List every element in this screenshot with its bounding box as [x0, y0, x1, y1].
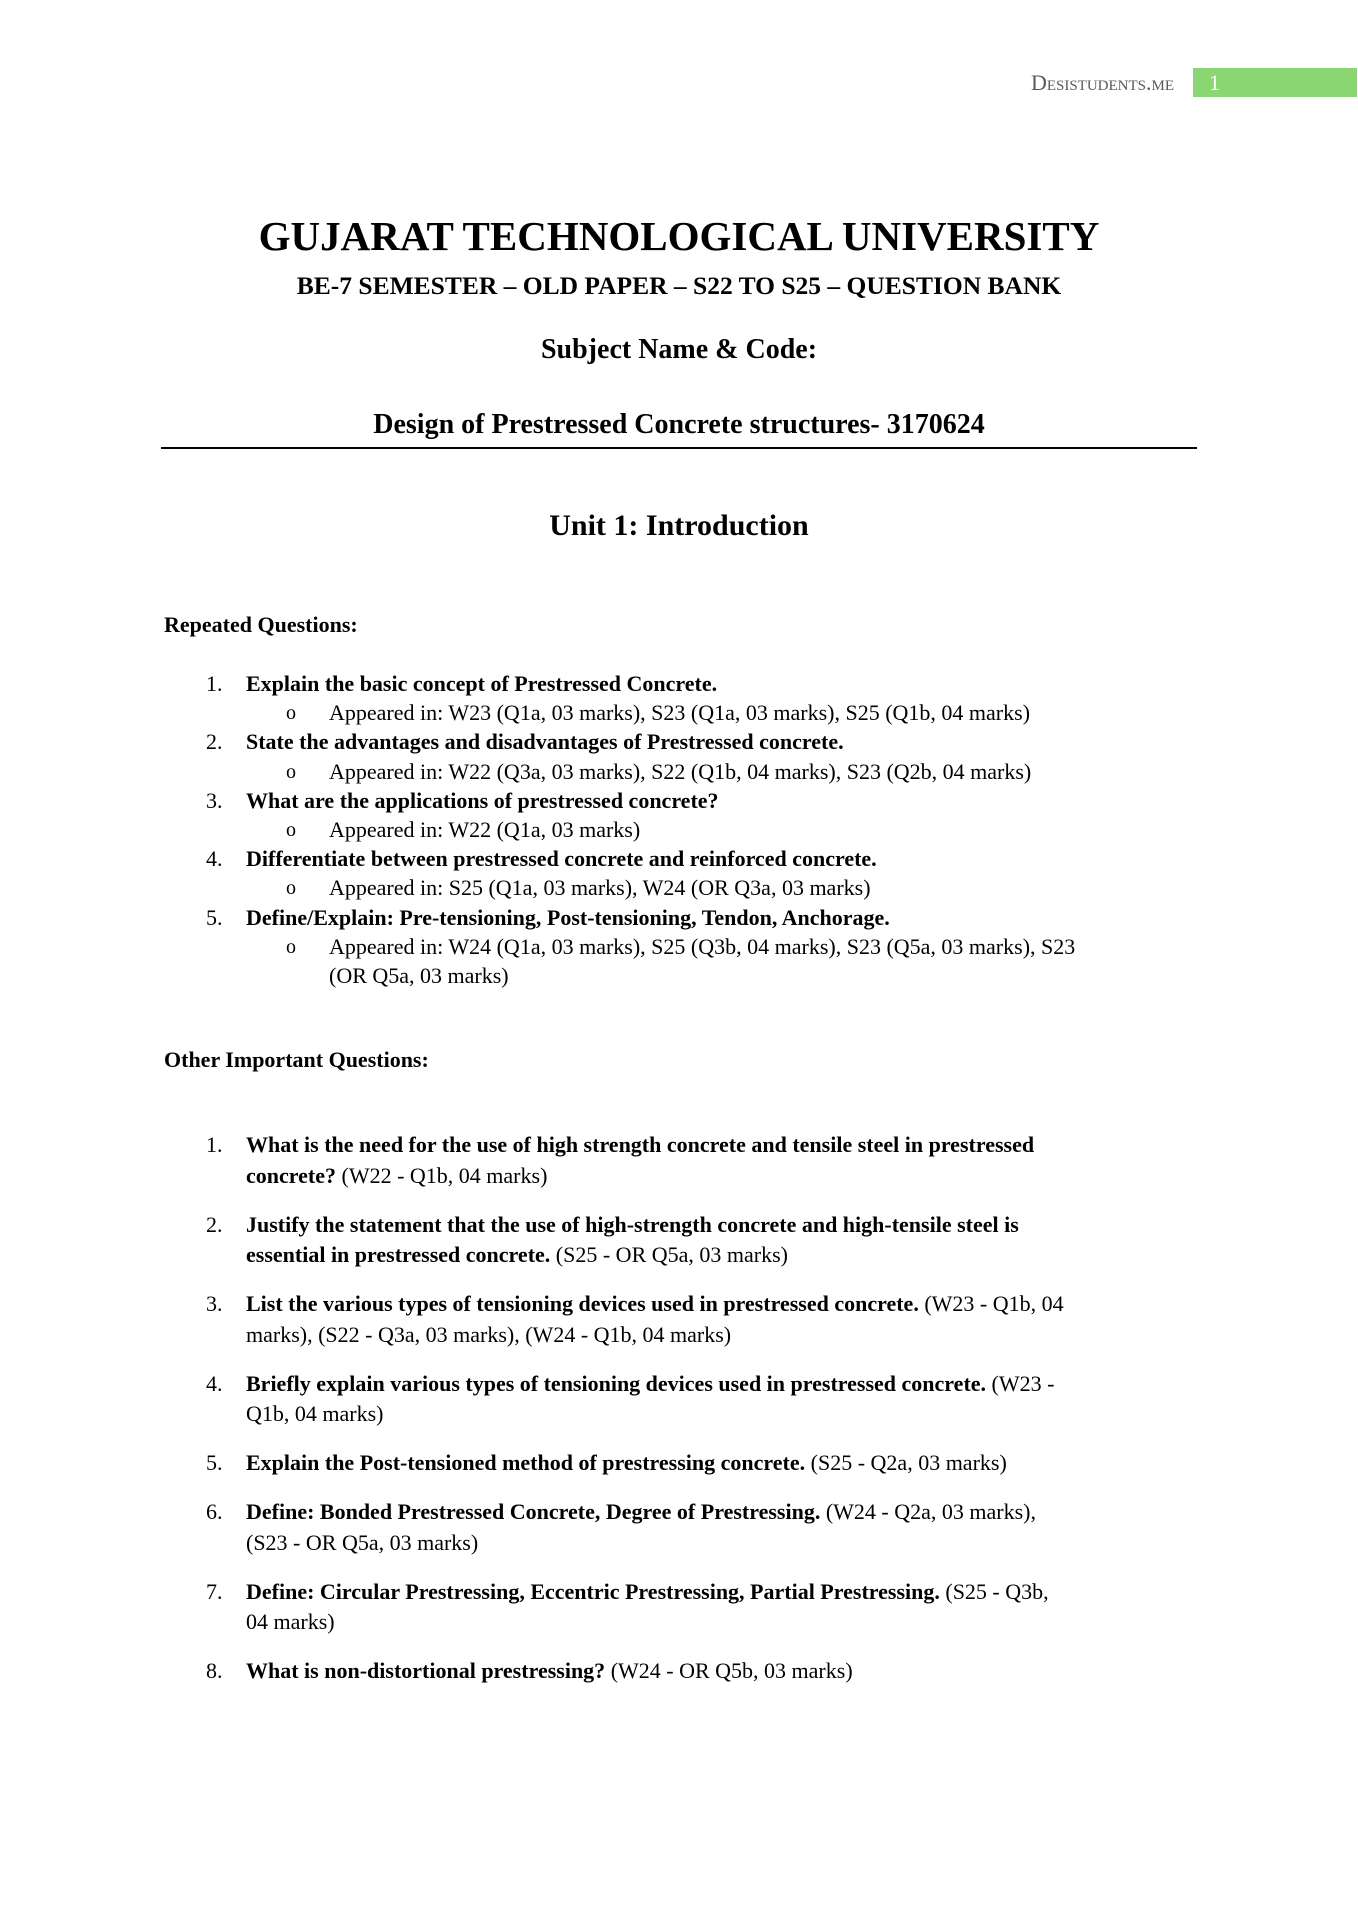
bullet-icon: o [286, 875, 296, 901]
exam-reference: (S25 - Q2a, 03 marks) [805, 1450, 1007, 1475]
question-number: 7. [206, 1579, 223, 1605]
exam-reference: Q1b, 04 marks) [246, 1401, 383, 1426]
exam-reference: (W23 - [986, 1371, 1054, 1396]
question-line: What is the need for the use of high str… [246, 1132, 1034, 1158]
page-number-badge: 1 [1193, 68, 1357, 97]
question-number: 1. [206, 671, 223, 697]
title-divider [161, 447, 1197, 449]
appeared-in-text: Appeared in: W22 (Q1a, 03 marks) [329, 817, 640, 843]
question-line: List the various types of tensioning dev… [246, 1291, 1064, 1317]
question-number: 3. [206, 788, 223, 814]
subject-name: Design of Prestressed Concrete structure… [0, 408, 1358, 442]
bullet-icon: o [286, 700, 296, 726]
question-text: Define: Bonded Prestressed Concrete, Deg… [246, 1499, 820, 1524]
page-number: 1 [1209, 69, 1220, 96]
appeared-in-text: (OR Q5a, 03 marks) [329, 963, 509, 989]
exam-reference: marks), (S22 - Q3a, 03 marks), (W24 - Q1… [246, 1322, 731, 1347]
question-line: marks), (S22 - Q3a, 03 marks), (W24 - Q1… [246, 1322, 731, 1348]
question-number: 4. [206, 1371, 223, 1397]
document-subtitle: BE-7 SEMESTER – OLD PAPER – S22 TO S25 –… [0, 271, 1358, 301]
question-text: What is non-distortional prestressing? [246, 1658, 605, 1683]
bullet-icon: o [286, 759, 296, 785]
question-text: Briefly explain various types of tension… [246, 1371, 986, 1396]
question-line: Explain the Post-tensioned method of pre… [246, 1450, 1007, 1476]
unit-heading: Unit 1: Introduction [0, 508, 1358, 544]
question-line: 04 marks) [246, 1609, 335, 1635]
question-text: essential in prestressed concrete. [246, 1242, 550, 1267]
question-number: 4. [206, 846, 223, 872]
question-text: Justify the statement that the use of hi… [246, 1212, 1019, 1237]
question-line: (S23 - OR Q5a, 03 marks) [246, 1530, 478, 1556]
question-text: Explain the Post-tensioned method of pre… [246, 1450, 805, 1475]
question-text: concrete? [246, 1163, 336, 1188]
appeared-in-text: Appeared in: W22 (Q3a, 03 marks), S22 (Q… [329, 759, 1031, 785]
exam-reference: (S23 - OR Q5a, 03 marks) [246, 1530, 478, 1555]
question-text: What is the need for the use of high str… [246, 1132, 1034, 1157]
question-line: Define: Bonded Prestressed Concrete, Deg… [246, 1499, 1036, 1525]
question-text: List the various types of tensioning dev… [246, 1291, 919, 1316]
appeared-in-text: Appeared in: W24 (Q1a, 03 marks), S25 (Q… [329, 934, 1075, 960]
question-number: 3. [206, 1291, 223, 1317]
other-questions-heading: Other Important Questions: [164, 1047, 429, 1073]
question-line: Briefly explain various types of tension… [246, 1371, 1054, 1397]
question-number: 8. [206, 1658, 223, 1684]
question-text: What are the applications of prestressed… [246, 788, 719, 814]
question-line: Define: Circular Prestressing, Eccentric… [246, 1579, 1049, 1605]
appeared-in-text: Appeared in: S25 (Q1a, 03 marks), W24 (O… [329, 875, 871, 901]
university-title: GUJARAT TECHNOLOGICAL UNIVERSITY [0, 213, 1358, 259]
exam-reference: (W24 - Q2a, 03 marks), [820, 1499, 1036, 1524]
question-line: What is non-distortional prestressing? (… [246, 1658, 853, 1684]
repeated-questions-heading: Repeated Questions: [164, 612, 358, 638]
question-line: Justify the statement that the use of hi… [246, 1212, 1019, 1238]
exam-reference: 04 marks) [246, 1609, 335, 1634]
exam-reference: (W23 - Q1b, 04 [919, 1291, 1064, 1316]
question-number: 5. [206, 905, 223, 931]
question-number: 2. [206, 729, 223, 755]
question-number: 1. [206, 1132, 223, 1158]
exam-reference: (S25 - OR Q5a, 03 marks) [550, 1242, 788, 1267]
question-text: State the advantages and disadvantages o… [246, 729, 844, 755]
question-number: 6. [206, 1499, 223, 1525]
question-line: Q1b, 04 marks) [246, 1401, 383, 1427]
question-number: 2. [206, 1212, 223, 1238]
appeared-in-text: Appeared in: W23 (Q1a, 03 marks), S23 (Q… [329, 700, 1030, 726]
question-number: 5. [206, 1450, 223, 1476]
question-text: Define/Explain: Pre-tensioning, Post-ten… [246, 905, 890, 931]
bullet-icon: o [286, 817, 296, 843]
question-text: Explain the basic concept of Prestressed… [246, 671, 717, 697]
subject-label: Subject Name & Code: [0, 333, 1358, 367]
exam-reference: (S25 - Q3b, [940, 1579, 1049, 1604]
question-line: concrete? (W22 - Q1b, 04 marks) [246, 1163, 547, 1189]
exam-reference: (W24 - OR Q5b, 03 marks) [605, 1658, 852, 1683]
question-text: Define: Circular Prestressing, Eccentric… [246, 1579, 940, 1604]
bullet-icon: o [286, 934, 296, 960]
exam-reference: (W22 - Q1b, 04 marks) [336, 1163, 547, 1188]
question-text: Differentiate between prestressed concre… [246, 846, 877, 872]
site-name: Desistudents.me [960, 70, 1174, 96]
question-line: essential in prestressed concrete. (S25 … [246, 1242, 788, 1268]
